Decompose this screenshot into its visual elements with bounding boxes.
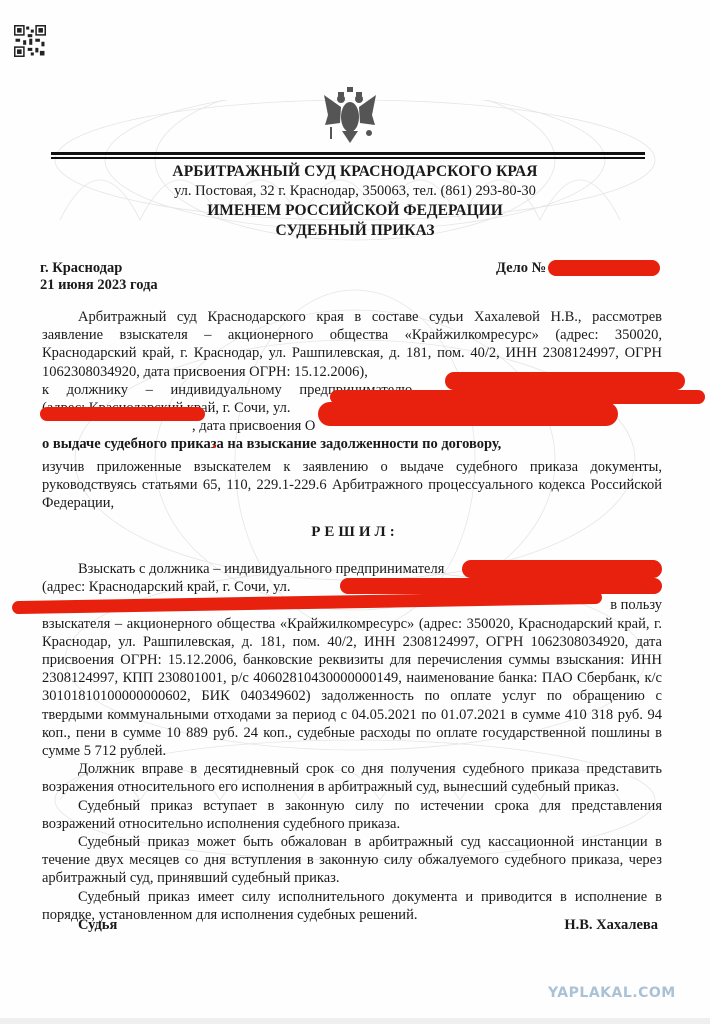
objection-paragraph: Должник вправе в десятидневный срок со д…: [42, 760, 662, 796]
order-date: 21 июня 2023 года: [40, 277, 158, 294]
document-type-heading: СУДЕБНЫЙ ПРИКАЗ: [0, 222, 710, 240]
ruling-text: взыскателя – акционерного общества «Край…: [42, 615, 662, 761]
redaction-debtor-name: [445, 372, 685, 390]
redaction-case-number: [548, 260, 660, 276]
city: г. Краснодар: [40, 260, 122, 277]
redaction-mark: [213, 445, 216, 448]
qr-code-icon: [14, 25, 46, 57]
redaction-ogrn-date: [318, 402, 618, 426]
bottom-border: [0, 1018, 710, 1024]
redaction-ruling-address: [340, 578, 662, 594]
case-number-label: Дело №: [496, 260, 546, 277]
effect-paragraph: Судебный приказ вступает в законную силу…: [42, 797, 662, 833]
site-watermark: YAPLAKAL.COM: [548, 985, 676, 1001]
header-rule: [51, 152, 645, 155]
court-name: АРБИТРАЖНЫЙ СУД КРАСНОДАРСКОГО КРАЯ: [0, 163, 710, 181]
signature-role: Судья: [78, 917, 117, 934]
signature-name: Н.В. Хахалева: [564, 917, 658, 934]
ruling-section: Взыскать с должника – индивидуального пр…: [42, 560, 662, 924]
court-address: ул. Постовая, 32 г. Краснодар, 350063, т…: [0, 183, 710, 200]
appeal-paragraph: Судебный приказ может быть обжалован в а…: [42, 833, 662, 888]
intro-text: Арбитражный суд Краснодарского края в со…: [42, 308, 662, 381]
decided-heading: РЕШИЛ:: [0, 524, 710, 541]
redaction-debtor-ogrn: [40, 407, 205, 421]
double-headed-eagle-icon: [322, 85, 378, 147]
in-the-name-heading: ИМЕНЕМ РОССИЙСКОЙ ФЕДЕРАЦИИ: [0, 202, 710, 220]
document-page: АРБИТРАЖНЫЙ СУД КРАСНОДАРСКОГО КРАЯ ул. …: [0, 0, 710, 1024]
redaction-ruling-name: [462, 560, 662, 578]
subject-line: о выдаче судебного приказа на взыскание …: [42, 435, 662, 453]
header-rule: [51, 157, 645, 159]
studied-paragraph: изучив приложенные взыскателем к заявлен…: [42, 458, 662, 513]
